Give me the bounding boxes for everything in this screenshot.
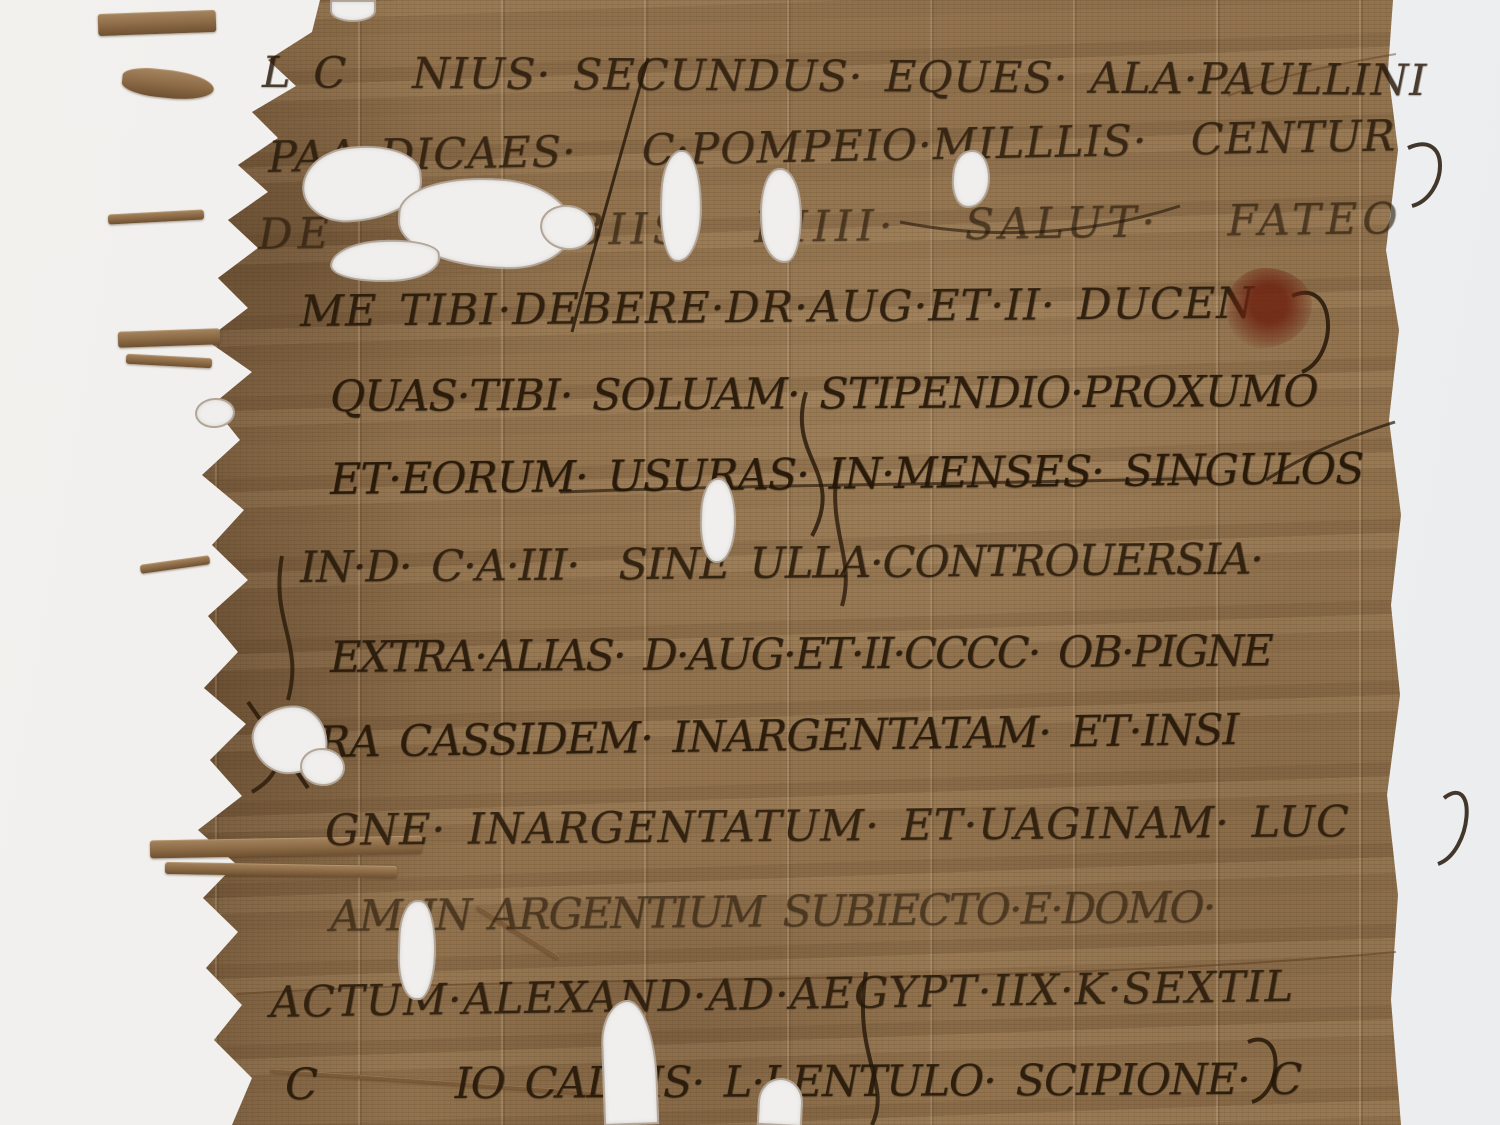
manuscript-line: ME TIBI·DEBERE·DR·AUG·ET·II· DUCEN	[300, 279, 1255, 337]
manuscript-line: IN·D· C·A·III· SINE ULLA·CONTROUERSIA·	[300, 535, 1263, 593]
manuscript-line: L C NIUS· SECUNDUS· EQUES· ALA·PAULLINI	[262, 48, 1428, 106]
manuscript-line: ET·EORUM· USURAS· IN·MENSES· SINGULOS	[330, 444, 1364, 505]
scan-background: L C NIUS· SECUNDUS· EQUES· ALA·PAULLINI …	[0, 0, 1500, 1125]
manuscript-line: PAA DICAES· C·POMPEIO·MILLLIS· CENTUR	[268, 111, 1397, 183]
manuscript-line: EXTRA·ALIAS· D·AUG·ET·II·CCCC· OB·PIGNE	[330, 626, 1272, 683]
manuscript-line: GNE· INARGENTATUM· ET·UAGINAM· LUC	[325, 797, 1350, 856]
manuscript-line: QUAS·TIBI· SOLUAM· STIPENDIO·PROXUMO	[330, 367, 1318, 422]
papyrus-hole	[330, 0, 376, 22]
manuscript-text: L C NIUS· SECUNDUS· EQUES· ALA·PAULLINI …	[0, 0, 1500, 1125]
manuscript-line: AM IN ARGENTIUM SUBIECTO·E·DOMO·	[330, 883, 1215, 942]
manuscript-line: RA CASSIDEM· INARGENTATAM· ET·INSI	[318, 705, 1239, 768]
